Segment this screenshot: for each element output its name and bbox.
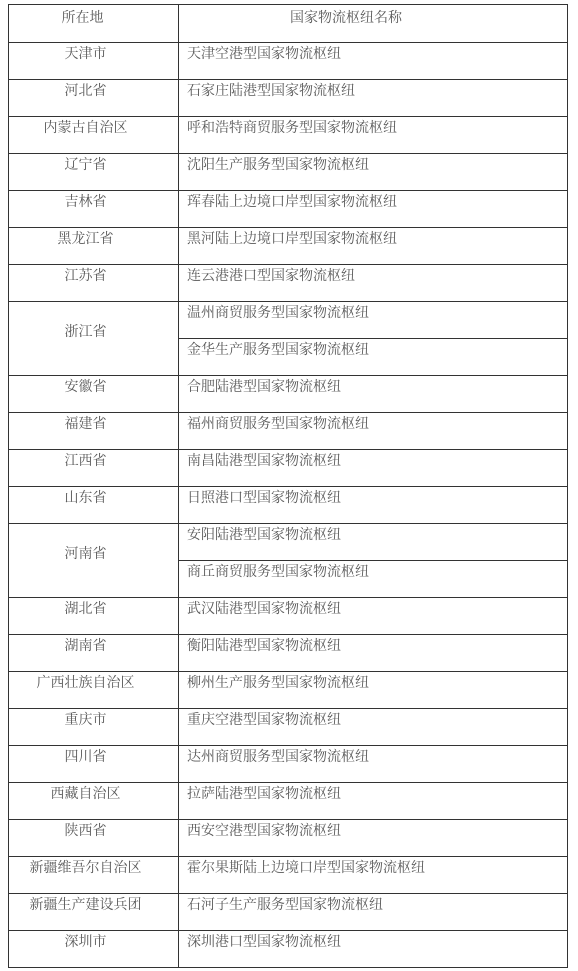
- region-cell: 辽宁省: [9, 154, 179, 191]
- hub-name-cell: 霍尔果斯陆上边境口岸型国家物流枢纽: [179, 857, 568, 894]
- hub-name-cell: 连云港港口型国家物流枢纽: [179, 265, 568, 302]
- table-row: 河南省安阳陆港型国家物流枢纽: [9, 524, 568, 561]
- region-cell: 天津市: [9, 43, 179, 80]
- hub-name-cell: 南昌陆港型国家物流枢纽: [179, 450, 568, 487]
- hub-name-cell: 石家庄陆港型国家物流枢纽: [179, 80, 568, 117]
- region-cell: 福建省: [9, 413, 179, 450]
- region-cell: 新疆维吾尔自治区: [9, 857, 179, 894]
- table-row: 吉林省珲春陆上边境口岸型国家物流枢纽: [9, 191, 568, 228]
- region-cell: 内蒙古自治区: [9, 117, 179, 154]
- table-row: 天津市天津空港型国家物流枢纽: [9, 43, 568, 80]
- region-cell: 河南省: [9, 524, 179, 598]
- hub-name-cell: 日照港口型国家物流枢纽: [179, 487, 568, 524]
- table-row: 江西省南昌陆港型国家物流枢纽: [9, 450, 568, 487]
- table-row: 浙江省温州商贸服务型国家物流枢纽: [9, 302, 568, 339]
- table-row: 黑龙江省黑河陆上边境口岸型国家物流枢纽: [9, 228, 568, 265]
- column-header-location: 所在地: [9, 5, 179, 43]
- table-row: 辽宁省沈阳生产服务型国家物流枢纽: [9, 154, 568, 191]
- hub-name-cell: 福州商贸服务型国家物流枢纽: [179, 413, 568, 450]
- hub-name-cell: 武汉陆港型国家物流枢纽: [179, 598, 568, 635]
- region-cell: 吉林省: [9, 191, 179, 228]
- region-cell: 湖南省: [9, 635, 179, 672]
- region-cell: 河北省: [9, 80, 179, 117]
- table-row: 深圳市深圳港口型国家物流枢纽: [9, 931, 568, 968]
- hub-name-cell: 合肥陆港型国家物流枢纽: [179, 376, 568, 413]
- region-cell: 西藏自治区: [9, 783, 179, 820]
- hub-name-cell: 安阳陆港型国家物流枢纽: [179, 524, 568, 561]
- hub-name-cell: 珲春陆上边境口岸型国家物流枢纽: [179, 191, 568, 228]
- region-cell: 湖北省: [9, 598, 179, 635]
- region-cell: 黑龙江省: [9, 228, 179, 265]
- region-cell: 四川省: [9, 746, 179, 783]
- table-row: 四川省达州商贸服务型国家物流枢纽: [9, 746, 568, 783]
- table-row: 福建省福州商贸服务型国家物流枢纽: [9, 413, 568, 450]
- hub-name-cell: 温州商贸服务型国家物流枢纽: [179, 302, 568, 339]
- table-row: 广西壮族自治区柳州生产服务型国家物流枢纽: [9, 672, 568, 709]
- logistics-hub-table: 所在地 国家物流枢纽名称 天津市天津空港型国家物流枢纽河北省石家庄陆港型国家物流…: [8, 4, 568, 968]
- table-row: 新疆生产建设兵团石河子生产服务型国家物流枢纽: [9, 894, 568, 931]
- table-row: 内蒙古自治区呼和浩特商贸服务型国家物流枢纽: [9, 117, 568, 154]
- region-cell: 江苏省: [9, 265, 179, 302]
- region-cell: 山东省: [9, 487, 179, 524]
- hub-name-cell: 金华生产服务型国家物流枢纽: [179, 339, 568, 376]
- hub-name-cell: 石河子生产服务型国家物流枢纽: [179, 894, 568, 931]
- region-cell: 江西省: [9, 450, 179, 487]
- table-row: 河北省石家庄陆港型国家物流枢纽: [9, 80, 568, 117]
- hub-name-cell: 柳州生产服务型国家物流枢纽: [179, 672, 568, 709]
- table-row: 山东省日照港口型国家物流枢纽: [9, 487, 568, 524]
- table-row: 陕西省西安空港型国家物流枢纽: [9, 820, 568, 857]
- hub-name-cell: 黑河陆上边境口岸型国家物流枢纽: [179, 228, 568, 265]
- hub-name-cell: 天津空港型国家物流枢纽: [179, 43, 568, 80]
- region-cell: 新疆生产建设兵团: [9, 894, 179, 931]
- hub-name-cell: 重庆空港型国家物流枢纽: [179, 709, 568, 746]
- hub-name-cell: 深圳港口型国家物流枢纽: [179, 931, 568, 968]
- hub-name-cell: 西安空港型国家物流枢纽: [179, 820, 568, 857]
- region-cell: 安徽省: [9, 376, 179, 413]
- region-cell: 广西壮族自治区: [9, 672, 179, 709]
- region-cell: 深圳市: [9, 931, 179, 968]
- table-row: 重庆市重庆空港型国家物流枢纽: [9, 709, 568, 746]
- header-row: 所在地 国家物流枢纽名称: [9, 5, 568, 43]
- region-cell: 重庆市: [9, 709, 179, 746]
- table-body: 天津市天津空港型国家物流枢纽河北省石家庄陆港型国家物流枢纽内蒙古自治区呼和浩特商…: [9, 43, 568, 968]
- table-row: 新疆维吾尔自治区霍尔果斯陆上边境口岸型国家物流枢纽: [9, 857, 568, 894]
- region-cell: 陕西省: [9, 820, 179, 857]
- hub-name-cell: 商丘商贸服务型国家物流枢纽: [179, 561, 568, 598]
- hub-name-cell: 衡阳陆港型国家物流枢纽: [179, 635, 568, 672]
- hub-name-cell: 沈阳生产服务型国家物流枢纽: [179, 154, 568, 191]
- column-header-hub-name: 国家物流枢纽名称: [179, 5, 568, 43]
- hub-name-cell: 拉萨陆港型国家物流枢纽: [179, 783, 568, 820]
- table-row: 西藏自治区拉萨陆港型国家物流枢纽: [9, 783, 568, 820]
- table-container: 所在地 国家物流枢纽名称 天津市天津空港型国家物流枢纽河北省石家庄陆港型国家物流…: [0, 0, 578, 968]
- table-row: 湖南省衡阳陆港型国家物流枢纽: [9, 635, 568, 672]
- table-row: 安徽省合肥陆港型国家物流枢纽: [9, 376, 568, 413]
- table-row: 湖北省武汉陆港型国家物流枢纽: [9, 598, 568, 635]
- region-cell: 浙江省: [9, 302, 179, 376]
- table-row: 江苏省连云港港口型国家物流枢纽: [9, 265, 568, 302]
- hub-name-cell: 呼和浩特商贸服务型国家物流枢纽: [179, 117, 568, 154]
- hub-name-cell: 达州商贸服务型国家物流枢纽: [179, 746, 568, 783]
